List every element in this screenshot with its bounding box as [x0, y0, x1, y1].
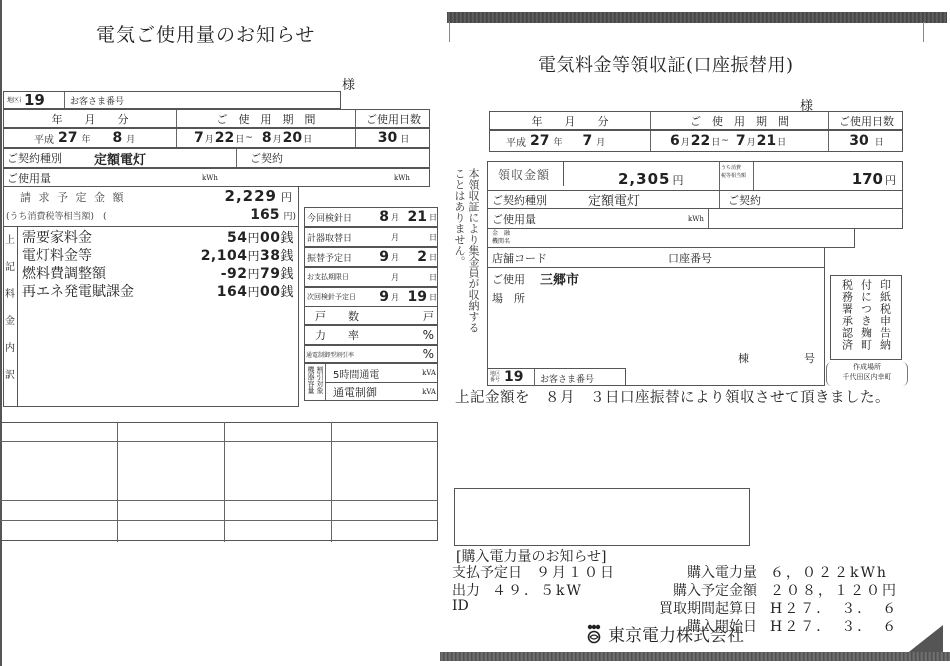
period-header-row: 年 月 分 ご 使 用 期 間 ご使用日数 — [3, 109, 430, 128]
percent-unit: % — [423, 326, 434, 344]
breakdown-vertical-char: 内 — [5, 339, 17, 354]
breakdown-list: 需要家料金54円00銭電灯料金等2,104円38銭燃料費調整額-92円79銭再エ… — [22, 227, 294, 299]
number-label: 号 — [804, 350, 815, 366]
yen-unit: 円 — [885, 172, 896, 188]
breakdown-row: 再エネ発電賦課金164円00銭 — [22, 281, 294, 299]
purchase-right-value: H２７． ３． ６ — [770, 598, 898, 618]
crop-mark — [449, 22, 450, 42]
meter-date-month — [375, 228, 389, 246]
period-month-header: 年 月 分 — [4, 110, 176, 127]
usage-days-header: ご使用日数 — [356, 110, 431, 127]
year-unit: 年 — [81, 132, 90, 145]
breakdown-vertical-label: 上記料金内訳 — [5, 231, 17, 381]
district-number: 19 — [504, 369, 523, 385]
yen-unit: 円 — [247, 249, 260, 263]
collection-notice-text: 本領収証により集金員が収納することはありません。 — [452, 168, 480, 343]
origin-note: 作成場所 千代田区内幸町 — [826, 362, 908, 386]
billing-amount: 2,229 — [225, 187, 277, 205]
account-number-label: 口座番号 — [668, 248, 712, 267]
day-unit: 日 — [303, 132, 312, 145]
end-month: 7 — [736, 133, 746, 149]
purchase-left-value: ９月１０日 — [536, 562, 616, 582]
breakdown-yen: 164 — [217, 284, 248, 300]
end-month: 8 — [262, 130, 272, 146]
place-value: 三郷市 — [540, 269, 579, 288]
month-unit: 月 — [391, 268, 399, 286]
building-label: 棟 — [738, 350, 749, 366]
billing-label: 請 求 予 定 金 額 — [20, 189, 125, 205]
branch-row: 店舗コード 口座番号 — [487, 248, 825, 268]
usage-notice-title: 電気ご使用量のお知らせ — [96, 20, 315, 47]
district-label: 地区番号 — [490, 371, 502, 383]
start-day: 22 — [691, 133, 710, 149]
meter-date-month: 9 — [375, 248, 389, 266]
breakdown-vertical-char: 料 — [5, 285, 17, 300]
tilde: ~ — [721, 136, 729, 146]
yen-unit: 円 — [247, 231, 260, 245]
breakdown-sen: 38 — [260, 248, 280, 264]
purchase-left-label: ID — [452, 598, 469, 614]
breakdown-label: 電灯料金等 — [22, 245, 92, 265]
households-row: 戸 数 戸 — [304, 306, 438, 325]
households-label: 戸 数 — [315, 307, 359, 324]
start-month: 7 — [194, 130, 204, 146]
confirmation-text: 上記金額を ８月 ３日口座振替により領収させて頂きました。 — [455, 386, 890, 407]
tax-label-line1: うち消費 — [721, 164, 746, 172]
breakdown-amount: 164円00銭 — [217, 281, 294, 300]
tax-yen-unit: 円) — [283, 209, 296, 222]
period-month-header: 年 月 分 — [490, 112, 650, 129]
stamp-text-column: 税務署承認済 — [841, 279, 854, 351]
purchase-notice: [購入電力量のお知らせ] 支払予定日９月１０日購入電力量６，０２２kWh出力４９… — [452, 546, 922, 626]
year-unit: 年 — [553, 135, 562, 148]
usage-period-header: ご 使 用 期 間 — [651, 112, 828, 129]
meter-date-label: 次回検針予定日 — [307, 288, 356, 306]
origin-label: 作成場所 — [827, 362, 907, 372]
yen-unit: 円 — [247, 285, 260, 299]
breakdown-yen: 54 — [227, 230, 247, 246]
yen-unit: 円 — [247, 267, 260, 281]
meter-date-row: 計器取替日月日 — [304, 227, 438, 247]
branch-code-label: 店舗コード — [492, 248, 547, 267]
month: 7 — [583, 133, 593, 149]
history-grid — [0, 422, 438, 542]
meter-date-month: 8 — [375, 208, 389, 226]
meter-date-row: 次回検針予定日9月19日 — [304, 287, 438, 307]
month-unit: 月 — [273, 132, 282, 145]
bank-row: 金 融 機関名 — [487, 229, 855, 248]
meter-date-day: 21 — [401, 208, 427, 226]
meter-date-day — [401, 268, 427, 286]
meter-date-day: 2 — [401, 248, 427, 266]
sen-unit: 銭 — [280, 285, 294, 300]
kwh-unit: kWh — [394, 169, 410, 186]
corner-mark — [905, 625, 943, 655]
control-label: 通電制御 — [333, 383, 377, 401]
tax-label-line2: 税等相当額 — [721, 172, 746, 180]
purchase-left-value: ４９．５kW — [492, 580, 583, 600]
breakdown-label: 燃料費調整額 — [22, 263, 106, 283]
power-factor-label: 力 率 — [315, 326, 359, 344]
received-amount-row: 領収金額 2,305 円 うち消費 税等相当額 170 円 — [487, 161, 903, 191]
honorific: 様 — [342, 74, 355, 93]
contract-label: ご契約 — [250, 149, 283, 167]
usage-row: ご使用量 kWh kWh — [3, 168, 430, 187]
meter-date-label: 振替予定日 — [307, 248, 352, 266]
five-hour-label: 5時間通電 — [333, 364, 379, 382]
breakdown-vertical-char: 上 — [5, 231, 17, 246]
equipment-label: 機器容量 — [307, 366, 315, 400]
stamp-text-column: 付につき麹町 — [860, 279, 873, 351]
meter-date-day — [401, 228, 427, 246]
customer-id-row: 地区番号 19 お客さま番号 — [3, 91, 341, 109]
page-left-edge — [0, 0, 2, 666]
month-unit: 月 — [391, 208, 399, 226]
day-unit: 日 — [400, 132, 409, 145]
sen-unit: 銭 — [280, 267, 294, 282]
sen-unit: 銭 — [280, 231, 294, 246]
tax-label: (うち消費税等相当額) ( — [6, 209, 107, 222]
purchase-left-label: 出力 — [452, 580, 480, 600]
start-month: 6 — [670, 133, 680, 149]
discount-target-label: 割引対象 — [316, 366, 324, 400]
breakdown-row: 燃料費調整額-92円79銭 — [22, 263, 294, 281]
breakdown-amount: 2,104円38銭 — [201, 245, 294, 264]
purchase-right-value: ２０８，１２０円 — [770, 580, 898, 600]
tax-amount: 170 — [852, 170, 883, 188]
purchase-right-label: 買取期間起算日 — [659, 598, 757, 618]
receipt-usage-row: ご使用量 kWh — [487, 209, 903, 229]
month-unit: 月 — [205, 132, 214, 145]
kwh-unit: kWh — [202, 169, 218, 186]
month-unit: 月 — [681, 135, 690, 148]
equipment-capacity-block: 機器容量 割引対象 5時間通電 kVA 通電制御 kVA — [304, 363, 438, 401]
month: 8 — [113, 130, 123, 146]
era: 平成 — [506, 134, 526, 149]
breakdown-vertical-char: 金 — [5, 312, 17, 327]
year: 27 — [58, 130, 77, 146]
day-unit: 日 — [429, 288, 437, 306]
meter-date-label: 今回検針日 — [307, 208, 352, 226]
bank-label-line1: 金 融 — [492, 230, 510, 238]
purchase-right-label: 購入電力量 — [687, 562, 757, 582]
stamp-text-column: 印紙税申告納 — [879, 279, 892, 351]
day-unit: 日 — [875, 135, 884, 148]
purchase-right-value: ６，０２２kWh — [770, 562, 888, 582]
era: 平成 — [34, 131, 54, 146]
collection-notice: 本領収証により集金員が収納することはありません。 — [450, 168, 480, 348]
breakdown-amount: -92円79銭 — [221, 263, 294, 282]
control-discount-label: 通電制御型割引率 — [306, 346, 354, 362]
crop-mark — [923, 22, 924, 42]
day-unit: 日 — [429, 268, 437, 286]
percent-unit: % — [423, 346, 434, 362]
receipt-period-header-row: 年 月 分 ご 使 用 期 間 ご使用日数 — [489, 111, 903, 130]
district-label: 地区番号 — [7, 97, 19, 104]
received-amount: 2,305 — [618, 170, 670, 188]
breakdown-vertical-char: 記 — [5, 258, 17, 273]
place-label-line1: ご使用 — [492, 271, 525, 287]
tepco-logo-icon — [586, 624, 602, 644]
perforation-bottom — [440, 652, 950, 661]
year: 27 — [530, 133, 549, 149]
meter-date-row: お支払期限日月日 — [304, 267, 438, 287]
memo-box — [454, 488, 750, 546]
breakdown-label: 再エネ発電賦課金 — [22, 281, 134, 301]
yen-unit: 円 — [672, 172, 683, 188]
month-unit: 月 — [391, 228, 399, 246]
purchase-left-label: 支払予定日 — [452, 562, 522, 582]
day-unit: 日 — [777, 135, 786, 148]
contract-type-label: ご契約種別 — [492, 191, 547, 208]
day-unit: 日 — [429, 248, 437, 266]
purchase-right-value: H２７． ３． ６ — [770, 616, 898, 636]
kwh-unit: kWh — [688, 209, 704, 228]
contract-row: ご契約種別 定額電灯 ご契約 — [3, 148, 430, 168]
kva-unit: kVA — [422, 383, 436, 401]
day-unit: 日 — [429, 228, 437, 246]
households-unit: 戸 — [423, 307, 434, 324]
day-unit: 日 — [711, 135, 720, 148]
breakdown-yen: -92 — [221, 266, 248, 282]
breakdown-sen: 00 — [260, 230, 280, 246]
breakdown-vertical-char: 訳 — [5, 366, 17, 381]
tax-amount: 165 — [250, 207, 279, 223]
breakdown-sen: 00 — [260, 284, 280, 300]
contract-type-value: 定額電灯 — [94, 149, 146, 167]
meter-date-day: 19 — [401, 288, 427, 306]
company-footer: 東京電力株式会社 — [586, 621, 744, 646]
meter-date-row: 振替予定日9月2日 — [304, 247, 438, 267]
breakdown-row: 電灯料金等2,104円38銭 — [22, 245, 294, 263]
tilde: ~ — [245, 133, 253, 143]
contract-label: ご契約 — [728, 191, 761, 208]
billing-block: 請 求 予 定 金 額 2,229 円 (うち消費税等相当額) ( 165 円)… — [3, 187, 299, 407]
receipt-contract-row: ご契約種別 定額電灯 ご契約 — [487, 191, 903, 209]
month-unit: 月 — [391, 248, 399, 266]
meter-date-label: お支払期限日 — [307, 268, 349, 286]
usage-days-header: ご使用日数 — [829, 112, 904, 129]
origin-value: 千代田区内幸町 — [827, 372, 907, 382]
month-unit: 月 — [596, 135, 605, 148]
month-unit: 月 — [747, 135, 756, 148]
kva-unit: kVA — [422, 364, 436, 382]
day-unit: 日 — [429, 208, 437, 226]
received-label: 領収金額 — [498, 162, 550, 186]
meter-date-label: 計器取替日 — [307, 228, 352, 246]
usage-days: 30 — [378, 130, 397, 146]
end-day: 21 — [757, 133, 776, 149]
contract-type-value: 定額電灯 — [588, 191, 640, 208]
power-factor-row: 力 率 % — [304, 325, 438, 345]
meter-date-month: 9 — [375, 288, 389, 306]
month-unit: 月 — [126, 132, 135, 145]
receipt-period-value-row: 平成 27 年 7 月 6 月 22 日 ~ 7 月 21 日 30 日 — [489, 130, 903, 152]
purchase-right-label: 購入予定金額 — [673, 580, 757, 600]
breakdown-label: 需要家料金 — [22, 227, 92, 247]
stamp-tax-box: 印紙税申告納付につき麹町税務署承認済 — [830, 275, 902, 360]
place-label-line2: 場 所 — [492, 290, 525, 306]
customer-number-label: お客さま番号 — [70, 92, 124, 108]
usage-days: 30 — [849, 133, 868, 149]
meter-date-row: 今回検針日8月21日 — [304, 207, 438, 227]
receipt-title: 電気料金等領収証(口座振替用) — [538, 51, 794, 77]
bank-label-line2: 機関名 — [492, 238, 510, 246]
day-unit: 日 — [235, 132, 244, 145]
usage-label: ご使用量 — [492, 209, 536, 228]
yen-unit: 円 — [281, 189, 292, 205]
control-discount-row: 通電制御型割引率 % — [304, 345, 438, 363]
meter-date-month — [375, 268, 389, 286]
district-number: 19 — [24, 92, 45, 108]
start-day: 22 — [215, 130, 234, 146]
customer-number-label: お客さま番号 — [540, 372, 594, 385]
perforation-top — [447, 12, 947, 23]
receipt-customer-id: 地区番号 19 お客さま番号 — [488, 368, 626, 386]
usage-label: ご使用量 — [7, 169, 51, 186]
month-unit: 月 — [391, 288, 399, 306]
company-name: 東京電力株式会社 — [608, 621, 744, 646]
breakdown-amount: 54円00銭 — [227, 227, 294, 246]
usage-place-block: ご使用 三郷市 場 所 棟 号 地区番号 19 お客さま番号 — [487, 268, 825, 386]
breakdown-sen: 79 — [260, 266, 280, 282]
breakdown-yen: 2,104 — [201, 248, 248, 264]
usage-period-header: ご 使 用 期 間 — [177, 110, 355, 127]
breakdown-row: 需要家料金54円00銭 — [22, 227, 294, 245]
end-day: 20 — [283, 130, 302, 146]
sen-unit: 銭 — [280, 249, 294, 264]
contract-type-label: ご契約種別 — [7, 149, 62, 167]
meter-info-block: 今回検針日8月21日計器取替日月日振替予定日9月2日お支払期限日月日次回検針予定… — [304, 207, 438, 407]
period-value-row: 平成 27 年 8 月 7 月 22 日 ~ 8 月 20 日 30 日 — [3, 128, 430, 148]
